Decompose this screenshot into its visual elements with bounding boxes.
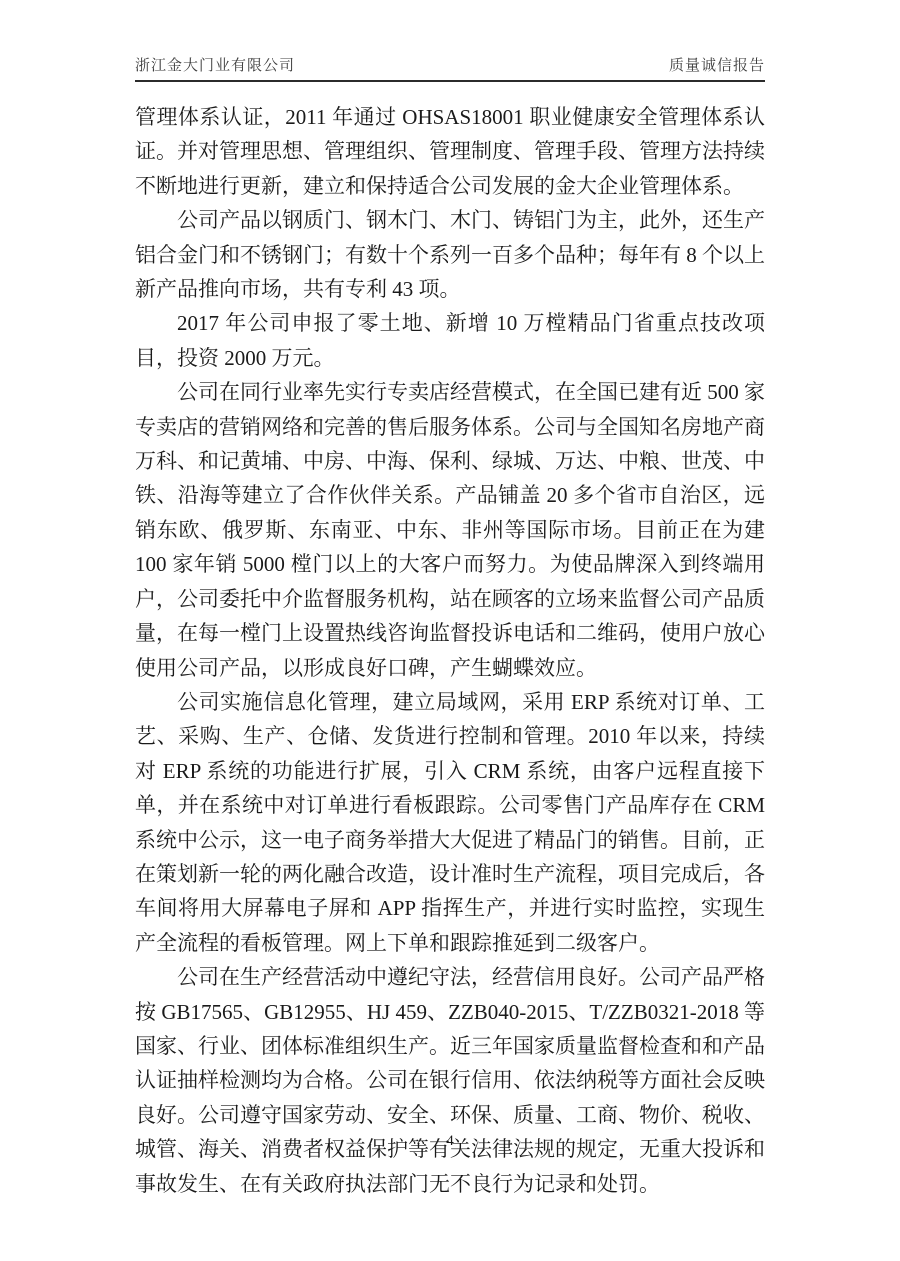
paragraph-management-system-certification: 管理体系认证，2011 年通过 OHSAS18001 职业健康安全管理体系认证。… [135, 100, 765, 203]
paragraph-products-overview: 公司产品以钢质门、钢木门、木门、铸铝门为主，此外，还生产铝合金门和不锈钢门；有数… [135, 203, 765, 306]
page-number: 4 [446, 1133, 454, 1149]
header-company-name: 浙江金大门业有限公司 [135, 54, 295, 75]
document-body: 管理体系认证，2011 年通过 OHSAS18001 职业健康安全管理体系认证。… [135, 100, 765, 1201]
page-footer: 4 [0, 1133, 900, 1150]
paragraph-informatization-management: 公司实施信息化管理，建立局域网，采用 ERP 系统对订单、工艺、采购、生产、仓储… [135, 685, 765, 960]
paragraph-franchise-marketing: 公司在同行业率先实行专卖店经营模式，在全国已建有近 500 家专卖店的营销网络和… [135, 375, 765, 685]
paragraph-legal-compliance: 公司在生产经营活动中遵纪守法，经营信用良好。公司产品严格按 GB17565、GB… [135, 960, 765, 1201]
document-page: 浙江金大门业有限公司 质量诚信报告 管理体系认证，2011 年通过 OHSAS1… [0, 0, 900, 1261]
page-header: 浙江金大门业有限公司 质量诚信报告 [135, 54, 765, 82]
header-report-title: 质量诚信报告 [669, 54, 765, 75]
paragraph-2017-project: 2017 年公司申报了零土地、新增 10 万樘精品门省重点技改项目，投资 200… [135, 306, 765, 375]
